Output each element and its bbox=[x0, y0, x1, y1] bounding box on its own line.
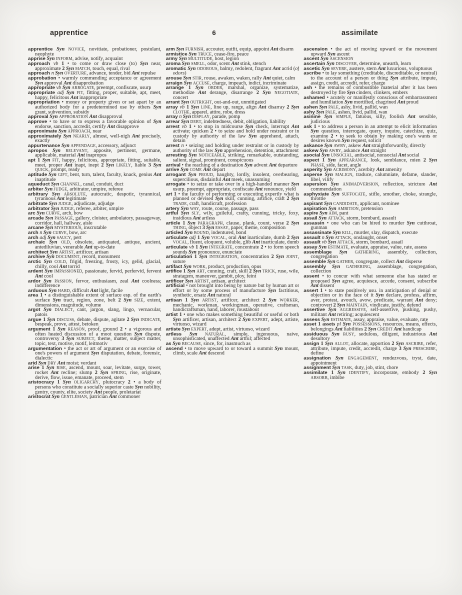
syn-ant-label: Syn bbox=[57, 47, 69, 52]
cross-reference: gift bbox=[58, 173, 67, 178]
entry-text: , fervor, enthusiasm, zeal bbox=[72, 278, 132, 284]
cross-reference: identify bbox=[349, 370, 368, 375]
cross-reference: novice bbox=[68, 47, 84, 52]
cross-reference: likely bbox=[116, 163, 131, 168]
entry: apt 1 Syn fit, happy, felicitous, approp… bbox=[28, 158, 161, 172]
cross-reference: size bbox=[134, 298, 143, 303]
syn-ant-label: Ant bbox=[107, 124, 116, 130]
entry: artificial • not brought into being by n… bbox=[166, 284, 299, 298]
syn-ant-label: Ant bbox=[109, 394, 118, 400]
entry-text: disarm bbox=[279, 47, 293, 52]
entry: art 1 • the faculty of performing or exe… bbox=[166, 192, 299, 206]
syn-ant-label: Syn bbox=[429, 158, 437, 164]
cross-reference: suffocate bbox=[342, 192, 366, 197]
entry-text: , imbibe bbox=[328, 375, 345, 381]
syn-ant-label: Ant bbox=[429, 182, 437, 188]
entry: assimilate 1 Syn identify, incorporate, … bbox=[304, 370, 437, 380]
cross-reference: gentleman bbox=[61, 395, 87, 400]
syn-ant-label: Ant bbox=[397, 100, 406, 106]
cross-reference: odorous bbox=[197, 66, 217, 71]
syn-ant-label: Syn bbox=[153, 119, 161, 125]
entry-text: , patrician bbox=[87, 394, 109, 400]
syn-ant-label: Syn bbox=[106, 162, 116, 168]
syn-ant-label: Ant bbox=[132, 133, 142, 139]
entry: appropriation • money or property given … bbox=[28, 100, 161, 114]
entry-text: agree, acquiesce, accede, consent, subsc… bbox=[342, 278, 437, 284]
entry-text: , liable bbox=[131, 162, 148, 168]
syn-ant-label: Syn bbox=[403, 346, 413, 352]
column-2: arm Syn furnish, accouter, outfit, equip… bbox=[166, 47, 299, 567]
entry-text: , bent, turn, talent, faculty, knack, ge… bbox=[67, 172, 153, 178]
entry-text: • one who can be hired to murder bbox=[327, 220, 407, 226]
syn-ant-label: Syn bbox=[153, 162, 161, 168]
entry-text: , incorporate, embody bbox=[369, 370, 423, 376]
entry: assert 1 • to state positively usu. in a… bbox=[304, 288, 437, 307]
entry: argument 1 Syn reason, proof, ground 2 •… bbox=[28, 327, 161, 346]
entry: argumentation • the act or art of argume… bbox=[28, 346, 161, 360]
syn-ant-label: Syn bbox=[244, 162, 253, 168]
syn-ant-label: Syn bbox=[429, 370, 437, 376]
page-number: 6 bbox=[159, 29, 268, 37]
syn-ant-label: Syn bbox=[276, 254, 286, 260]
dictionary-page: apprentice 6 assimilate apprentice Syn n… bbox=[0, 0, 462, 595]
syn-ant-label: Syn bbox=[124, 298, 135, 304]
cross-reference: engagement bbox=[348, 356, 377, 361]
cross-reference: trick bbox=[262, 269, 275, 274]
entry: arrange 1 Syn order, marshal, organize, … bbox=[166, 86, 299, 100]
syn-ant-label: Syn bbox=[140, 61, 151, 67]
entry-text: derange, disarrange bbox=[210, 90, 257, 96]
cross-reference: prescribe bbox=[413, 346, 436, 351]
syn-ant-label: Syn bbox=[199, 254, 209, 260]
syn-ant-label: Syn bbox=[249, 133, 260, 139]
syn-ant-label: Syn bbox=[188, 66, 197, 72]
syn-ant-label: Syn bbox=[268, 288, 279, 294]
entry: assent • to concur with what someone els… bbox=[304, 274, 437, 288]
entry: ask 1 • to address a person in an attemp… bbox=[304, 124, 437, 143]
entry-text: , look, semblance, mien bbox=[366, 158, 423, 164]
cross-reference: indicate bbox=[141, 317, 160, 322]
headword: aristocrat bbox=[28, 394, 52, 400]
cross-reference: animadversion bbox=[343, 182, 379, 187]
entry-text: , reflection, stricture bbox=[378, 182, 429, 188]
syn-ant-label: Syn bbox=[91, 351, 101, 357]
syn-ant-label: Ant bbox=[154, 172, 162, 178]
syn-ant-label: Ant bbox=[273, 66, 282, 72]
cross-reference: stir bbox=[192, 76, 201, 81]
entry: ascend • to move upward to or toward a s… bbox=[166, 346, 299, 356]
syn-ant-label: Ant bbox=[198, 90, 209, 96]
syn-ant-label: Ant bbox=[408, 114, 419, 120]
syn-ant-label: Syn bbox=[331, 331, 343, 337]
entry: aristocrat Syn gentleman, patrician Ant … bbox=[28, 395, 161, 400]
syn-ant-label: Ant bbox=[269, 162, 278, 168]
syn-ant-label: Ant bbox=[258, 104, 268, 110]
syn-ant-label: Syn bbox=[291, 220, 299, 226]
syn-ant-label: Syn bbox=[407, 220, 418, 226]
entry-text: advent bbox=[254, 162, 269, 168]
syn-ant-label: Syn bbox=[243, 317, 253, 323]
screenshot-viewport: apprentice 6 assimilate apprentice Syn n… bbox=[0, 0, 462, 595]
entry-text: , balmy, redolent, fragrant bbox=[217, 66, 272, 72]
cross-reference: joint bbox=[286, 255, 298, 260]
syn-ant-label: Ant bbox=[131, 278, 142, 284]
syn-ant-label: Syn bbox=[275, 346, 285, 352]
entry-text: departure bbox=[278, 162, 298, 168]
entry-text: , passionate, fervid, perfervid, fervent bbox=[82, 269, 161, 275]
entry: assign 1 Syn allot, allocate, apportion … bbox=[304, 342, 437, 356]
cross-reference: nearly bbox=[73, 134, 90, 139]
syn-ant-label: Syn bbox=[390, 75, 400, 81]
syn-ant-label: Syn bbox=[291, 196, 299, 202]
guide-word-left: apprentice bbox=[28, 29, 159, 37]
syn-ant-label: Ant bbox=[270, 47, 279, 52]
text-columns: apprentice Syn novice, novitiate, probat… bbox=[28, 47, 437, 567]
entry-text: disapprove bbox=[116, 124, 139, 130]
entry-text: , almost, well-nigh bbox=[90, 133, 132, 139]
cross-reference: aim bbox=[329, 211, 337, 216]
entry: area 1 • a distinguishable extent of sur… bbox=[28, 293, 161, 307]
syn-ant-label: Syn bbox=[131, 317, 141, 323]
guide-word-right: assimilate bbox=[269, 29, 437, 37]
cross-reference: impassioned bbox=[54, 269, 82, 274]
entry-text: , fatuous, silly, foolish bbox=[351, 114, 408, 120]
cross-reference: simple bbox=[336, 115, 351, 120]
running-head: apprentice 6 assimilate bbox=[28, 29, 437, 37]
syn-ant-label: Syn bbox=[153, 104, 161, 110]
syn-ant-label: Syn bbox=[291, 104, 299, 110]
entry: arrest vb 1 • to stop in midcourse Syn c… bbox=[166, 124, 299, 143]
entry: aristocracy 1 Syn oligarchy, plutocracy … bbox=[28, 380, 161, 394]
entry-text: commoner bbox=[118, 394, 140, 400]
syn-ant-label: Syn bbox=[52, 394, 61, 400]
syn-ant-label: Syn bbox=[63, 133, 73, 139]
cross-reference: negotiate bbox=[274, 90, 297, 95]
column-3: ascension • the act of moving upward or … bbox=[304, 47, 437, 567]
cross-reference: integration bbox=[209, 255, 237, 260]
syn-ant-label: Syn bbox=[335, 356, 347, 362]
syn-ant-label: Syn bbox=[263, 90, 275, 96]
cross-reference: dialect bbox=[55, 308, 73, 313]
entry-text: proud bbox=[406, 100, 418, 106]
syn-ant-label: Syn bbox=[339, 249, 355, 255]
entry-text: descend bbox=[208, 351, 225, 357]
entry-text: , pretension bbox=[359, 206, 383, 212]
syn-ant-label: Ant bbox=[429, 331, 437, 337]
cross-reference: expert bbox=[252, 317, 268, 322]
cross-reference: gathering bbox=[346, 264, 370, 269]
cross-reference: busy bbox=[343, 332, 354, 337]
entry: arise 1 Syn rise, ascend, mount, soar, l… bbox=[28, 366, 161, 380]
entry-text: , sedulous, diligent, industrious bbox=[354, 331, 429, 337]
cross-reference: gathering bbox=[355, 250, 379, 255]
syn-ant-label: Syn bbox=[331, 191, 341, 197]
syn-ant-label: Syn bbox=[332, 264, 346, 270]
entry: ascribe • to lay something (creditable, … bbox=[304, 71, 437, 85]
entry: artisan 1 Syn artist, artificer, archite… bbox=[166, 298, 299, 312]
entry-text: , concentration bbox=[237, 254, 271, 260]
cross-reference: absorb bbox=[311, 375, 328, 380]
entry: artist 1 • one who makes something beaut… bbox=[166, 313, 299, 327]
entry-text: disarray bbox=[268, 104, 287, 110]
entry-text: acrid ( bbox=[282, 66, 295, 72]
column-1: apprentice Syn novice, novitiate, probat… bbox=[28, 47, 161, 567]
cross-reference: malign bbox=[335, 173, 352, 178]
syn-ant-label: Ant bbox=[199, 351, 208, 357]
